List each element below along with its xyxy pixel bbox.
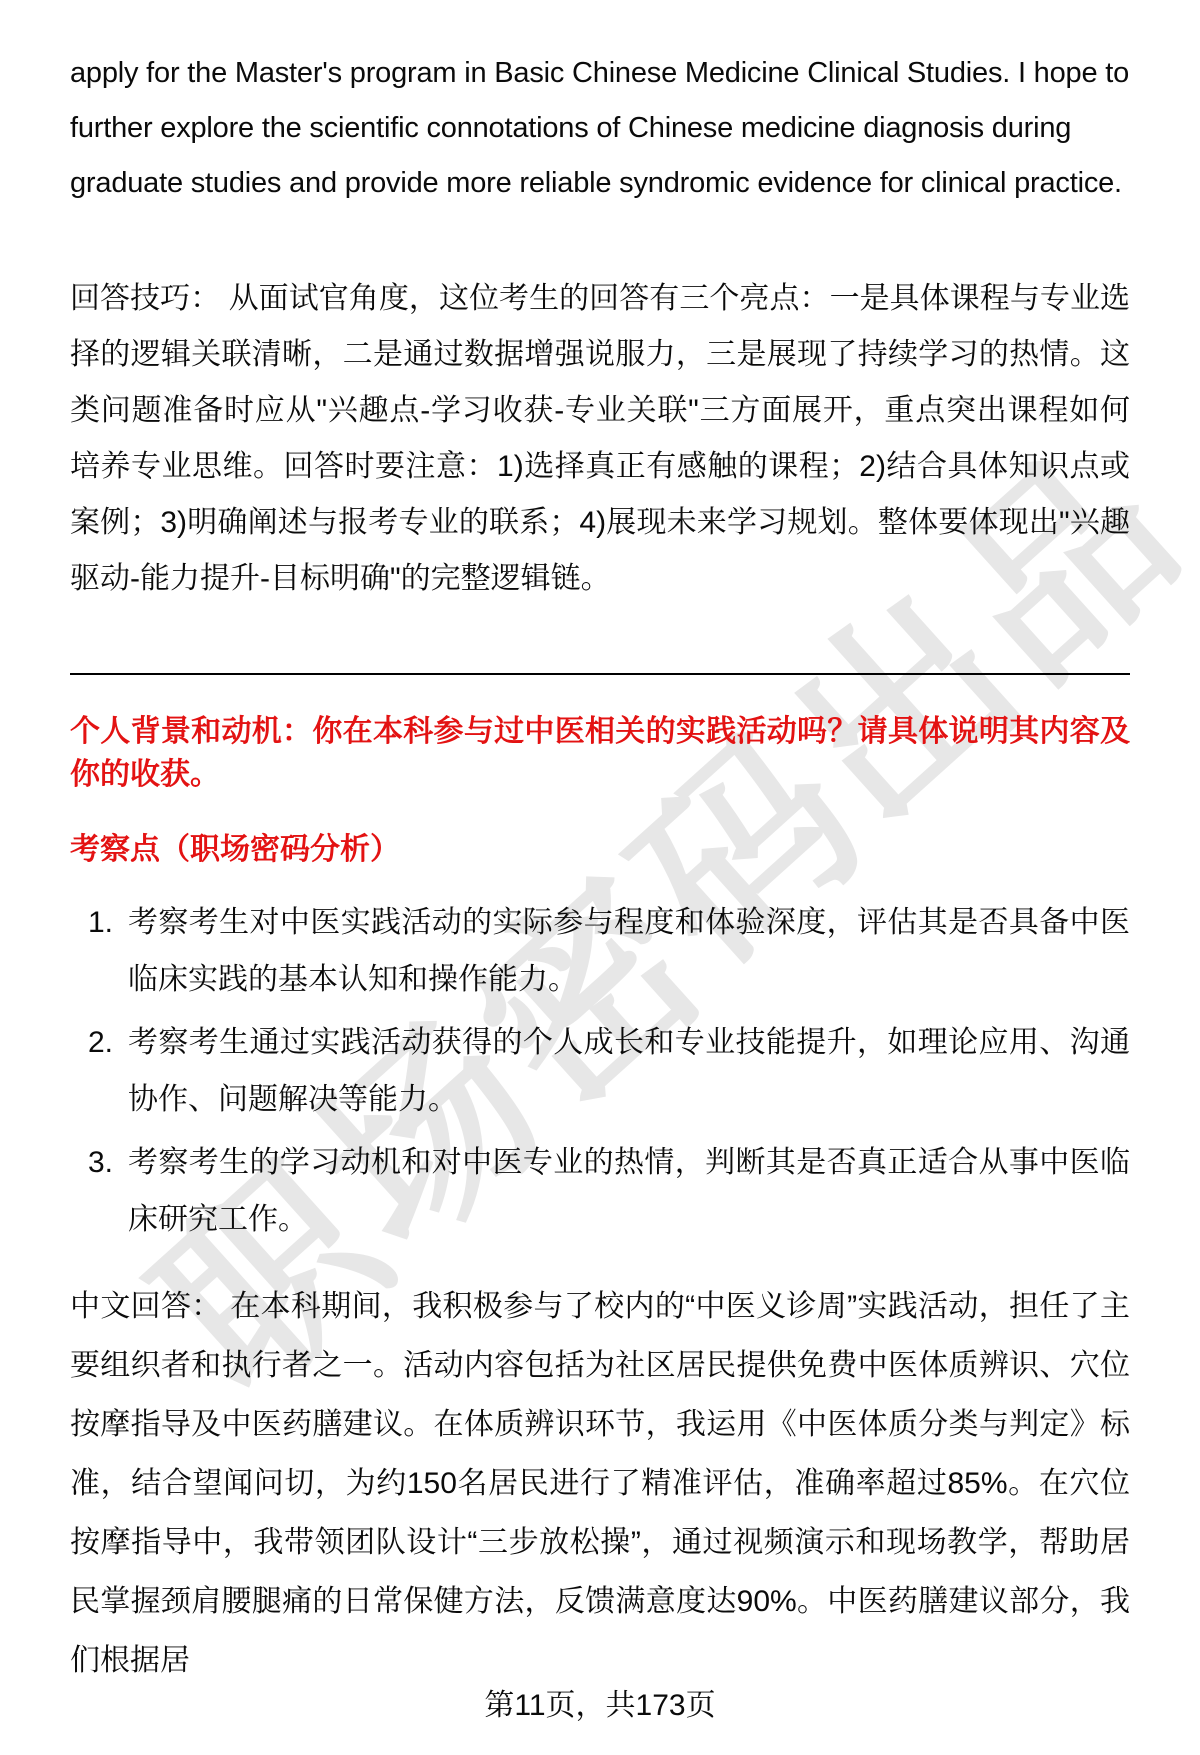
page-footer: 第11页，共173页 — [0, 1690, 1200, 1722]
list-item-text: 考察考生对中医实践活动的实际参与程度和体验深度，评估其是否具备中医临床实践的基本… — [128, 894, 1130, 1008]
answer-tips-paragraph: 回答技巧： 从面试官角度，这位考生的回答有三个亮点：一是具体课程与专业选择的逻辑… — [70, 271, 1130, 607]
list-item: 2. 考察考生通过实践活动获得的个人成长和专业技能提升，如理论应用、沟通协作、问… — [88, 1014, 1130, 1128]
question-heading: 个人背景和动机：你在本科参与过中医相关的实践活动吗？请具体说明其内容及你的收获。 — [70, 710, 1130, 796]
exam-points-heading: 考察点（职场密码分析） — [70, 828, 1130, 872]
section-divider — [70, 673, 1130, 675]
page-content: apply for the Master's program in Basic … — [0, 0, 1200, 1690]
list-item: 3. 考察考生的学习动机和对中医专业的热情，判断其是否真正适合从事中医临床研究工… — [88, 1134, 1130, 1248]
exam-points-list: 1. 考察考生对中医实践活动的实际参与程度和体验深度，评估其是否具备中医临床实践… — [70, 894, 1130, 1248]
list-item-text: 考察考生通过实践活动获得的个人成长和专业技能提升，如理论应用、沟通协作、问题解决… — [128, 1014, 1130, 1128]
list-item-number: 1. — [88, 894, 128, 1008]
list-item-text: 考察考生的学习动机和对中医专业的热情，判断其是否真正适合从事中医临床研究工作。 — [128, 1134, 1130, 1248]
list-item-number: 3. — [88, 1134, 128, 1248]
list-item-number: 2. — [88, 1014, 128, 1128]
document-page: 职场密码出品 apply for the Master's program in… — [0, 0, 1200, 1755]
list-item: 1. 考察考生对中医实践活动的实际参与程度和体验深度，评估其是否具备中医临床实践… — [88, 894, 1130, 1008]
english-paragraph: apply for the Master's program in Basic … — [70, 46, 1130, 211]
chinese-answer-paragraph: 中文回答： 在本科期间，我积极参与了校内的“中医义诊周”实践活动，担任了主要组织… — [70, 1277, 1130, 1690]
